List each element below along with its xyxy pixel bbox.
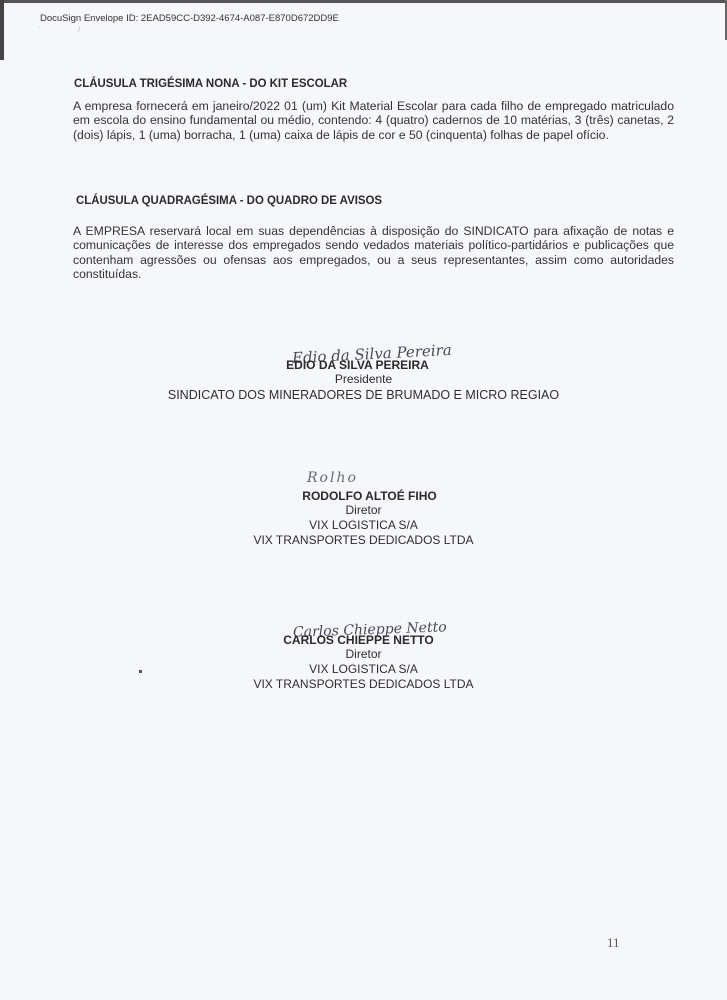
scan-marks: ` / [38,27,98,34]
document-page: DocuSign Envelope ID: 2EAD59CC-D392-4674… [0,0,727,1000]
signatory-org: VIX TRANSPORTES DEDICADOS LTDA [0,533,727,548]
signatory-role: Presidente [0,372,727,387]
signatory-role: Diretor [0,647,727,662]
scan-speck [139,670,142,673]
signatory-block-3: CARLOS CHIEPPE NETTO Diretor VIX LOGISTI… [0,633,727,692]
signatory-org: SINDICATO DOS MINERADORES DE BRUMADO E M… [0,388,727,403]
signatory-name: CARLOS CHIEPPE NETTO [0,633,722,647]
clause-39-body: A empresa fornecerá em janeiro/2022 01 (… [73,99,674,142]
signatory-org: VIX LOGISTICA S/A [0,662,727,677]
signatory-org: VIX TRANSPORTES DEDICADOS LTDA [0,677,727,692]
clause-40-body: A EMPRESA reservará local em suas depend… [73,224,674,282]
signature-rodolfo: Rolho [307,470,358,486]
signatory-block-2: RODOLFO ALTOÉ FIHO Diretor VIX LOGISTICA… [0,489,727,548]
clause-40-title: CLÁUSULA QUADRAGÉSIMA - DO QUADRO DE AVI… [76,193,382,207]
signatory-role: Diretor [0,503,727,518]
clause-39-title: CLÁUSULA TRIGÉSIMA NONA - DO KIT ESCOLAR [74,76,347,90]
docusign-envelope-id: DocuSign Envelope ID: 2EAD59CC-D392-4674… [40,13,339,24]
signatory-org: VIX LOGISTICA S/A [0,518,727,533]
scan-border-left [0,0,4,60]
page-number: 11 [607,935,620,951]
signatory-block-1: EDIO DA SILVA PEREIRA Presidente SINDICA… [0,358,727,403]
signatory-name: EDIO DA SILVA PEREIRA [0,358,721,372]
scan-border-top [0,0,727,3]
signatory-name: RODOLFO ALTOÉ FIHO [6,489,727,503]
